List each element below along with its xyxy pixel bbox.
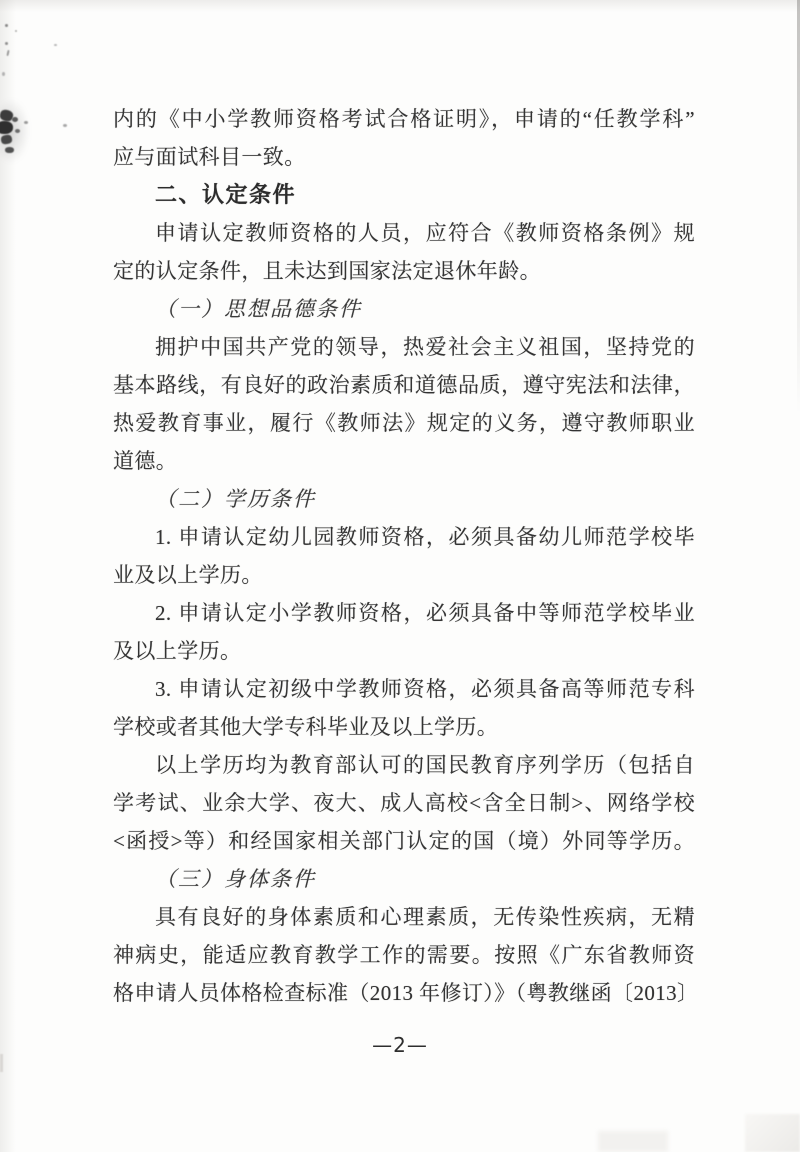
scan-shadow-top [0,0,800,12]
text-line: 神病史，能适应教育教学工作的需要。按照《广东省教师资 [113,936,695,974]
document-body: 内的《中小学教师资格考试合格证明》，申请的“任教学科” 应与面试科目一致。 二、… [113,100,695,1012]
page-number: —2— [0,1033,800,1057]
text-line: 学校或者其他大学专科毕业及以上学历。 [113,708,695,746]
heading-section-2: 二、认定条件 [113,176,695,214]
scan-speck [6,50,9,56]
text-line: 以上学历均为教育部认可的国民教育序列学历（包括自 [113,746,695,784]
scan-shadow-bottom [598,1131,668,1152]
text-line: 业及以上学历。 [113,556,695,594]
ink-smudge [24,121,28,124]
text-line: 内的《中小学教师资格考试合格证明》，申请的“任教学科” [113,100,695,138]
text-line: 学考试、业余大学、夜大、成人高校<含全日制>、网络学校 [113,784,695,822]
ink-smudge [15,129,20,133]
text-line: 3. 申请认定初级中学教师资格，必须具备高等师范专科 [113,670,695,708]
text-line: 热爱教育事业，履行《教师法》规定的义务，遵守教师职业 [113,404,695,442]
scan-speck [15,30,17,32]
scan-speck [63,124,67,127]
text-line: <函授>等）和经国家相关部门认定的国（境）外同等学历。 [113,822,695,860]
heading-subsection-3: （三）身体条件 [113,860,695,898]
text-line: 具有良好的身体素质和心理素质，无传染性疾病，无精 [113,898,695,936]
text-line: 1. 申请认定幼儿园教师资格，必须具备幼儿师范学校毕 [113,518,695,556]
text-line: 基本路线，有良好的政治素质和道德品质，遵守宪法和法律， [113,366,695,404]
ink-smudge [5,147,14,153]
scan-speck [54,44,57,46]
scan-shadow-left [0,0,16,1152]
text-line: 定的认定条件，且未达到国家法定退休年龄。 [113,252,695,290]
text-line: 拥护中国共产党的领导，热爱社会主义祖国，坚持党的 [113,328,695,366]
text-line: 应与面试科目一致。 [113,138,695,176]
text-line: 申请认定教师资格的人员，应符合《教师资格条例》规 [113,214,695,252]
text-line: 2. 申请认定小学教师资格，必须具备中等师范学校毕业 [113,594,695,632]
scan-speck [5,42,8,45]
scanned-document-page: 内的《中小学教师资格考试合格证明》，申请的“任教学科” 应与面试科目一致。 二、… [0,0,800,1152]
scan-shadow-bottom-right [745,1114,800,1152]
heading-subsection-1: （一）思想品德条件 [113,290,695,328]
text-line: 及以上学历。 [113,632,695,670]
scan-speck [2,72,5,76]
heading-subsection-2: （二）学历条件 [113,480,695,518]
text-line: 格申请人员体格检查标准（2013 年修订）》（粤教继函〔2013〕 [113,974,695,1012]
scan-speck [5,24,8,27]
text-line: 道德。 [113,442,695,480]
ink-smudge [12,117,18,122]
